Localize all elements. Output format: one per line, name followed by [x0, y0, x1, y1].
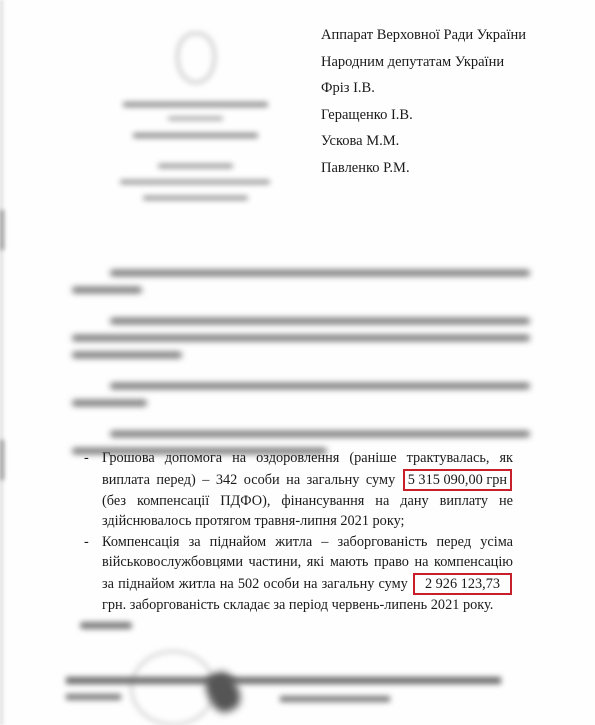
letterhead [118, 20, 273, 210]
addressee-line: Геращенко І.В. [321, 102, 526, 129]
letterhead-line [120, 180, 270, 184]
highlighted-amount: 5 315 090,00 грн [403, 469, 512, 491]
letterhead-line [158, 164, 233, 168]
scan-edge-mark [0, 440, 4, 480]
bullet-item: - Компенсація за піднайом житла – заборг… [88, 532, 513, 616]
addressee-line: Ускова М.М. [321, 128, 526, 155]
letterhead-line [133, 133, 258, 138]
blurred-body-text [72, 270, 530, 465]
letterhead-line [168, 117, 223, 120]
bullet-list: - Грошова допомога на оздоровлення (рані… [88, 448, 513, 615]
addressee-line: Фріз І.В. [321, 75, 526, 102]
bullet-item: - Грошова допомога на оздоровлення (рані… [88, 448, 513, 532]
stamp-icon [130, 650, 216, 725]
scan-edge-shadow [0, 0, 6, 725]
addressee-block: Аппарат Верховної Ради України Народним … [321, 22, 526, 181]
blurred-closing [80, 622, 132, 629]
blurred-signature-title [66, 677, 501, 684]
addressee-line: Павленко Р.М. [321, 155, 526, 182]
highlighted-amount: 2 926 123,73 [413, 573, 512, 595]
bullet-text: грн. заборгованість складає за період че… [102, 597, 493, 613]
bullet-marker: - [84, 448, 89, 469]
letterhead-line [123, 102, 268, 107]
scan-edge-mark [0, 210, 4, 250]
addressee-line: Аппарат Верховної Ради України [321, 22, 526, 49]
letterhead-line [143, 196, 248, 200]
addressee-line: Народним депутатам України [321, 49, 526, 76]
blurred-signature-title [66, 694, 121, 700]
document-page: Аппарат Верховної Ради України Народним … [0, 0, 595, 725]
bullet-marker: - [84, 532, 89, 553]
bullet-text: (без компенсації ПДФО), фінансування на … [102, 493, 513, 530]
blurred-signatory-name [280, 696, 390, 702]
coat-of-arms-icon [176, 32, 216, 84]
